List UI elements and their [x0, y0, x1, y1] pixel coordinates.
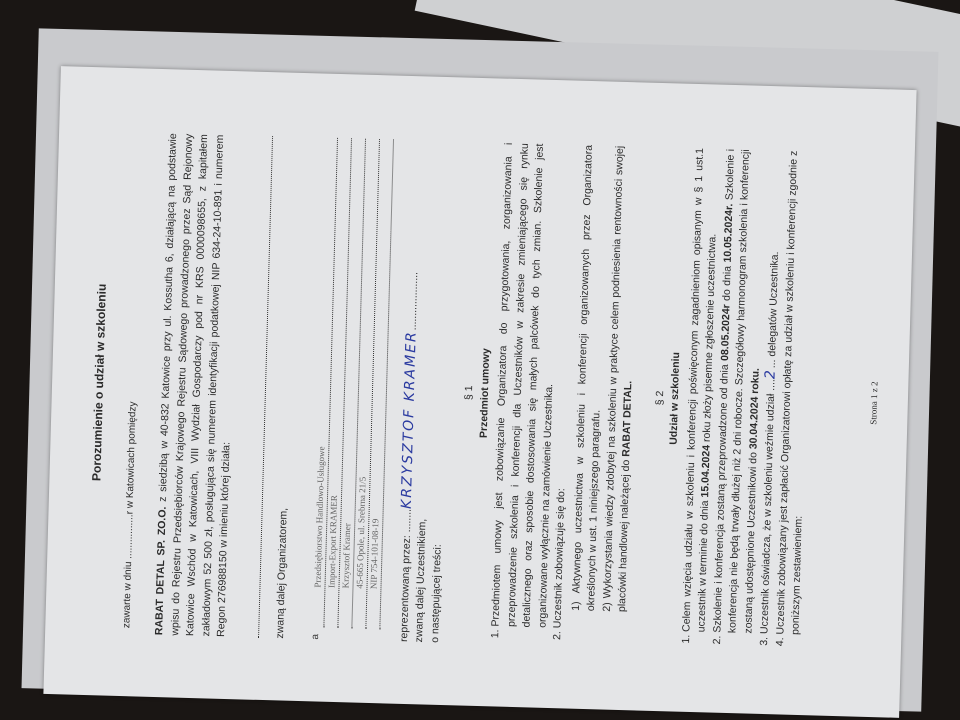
organizer-name: RABAT DETAL SP. ZO.O. [153, 506, 169, 635]
section-1-list: Przedmiotem umowy jest zobowiązanie Orga… [488, 143, 643, 649]
participant-prefix: a [308, 627, 324, 639]
organizer-details: z siedzibą w 40-832 Katowice przy ul. Ko… [157, 133, 233, 637]
signatory-line [246, 136, 273, 638]
list-item: Uczestnik zobowiązuje się do: 1) Aktywne… [550, 144, 643, 630]
page-footer: Strona 1 z 2 [858, 89, 891, 717]
handwritten-count: 2 [762, 368, 778, 379]
represented-label: reprezentowaną przez: [397, 535, 412, 642]
document-title: Porozumienie o udział w szkoleniu [85, 131, 115, 633]
organizer-called: zwaną dalej Organizatorem, [273, 136, 303, 638]
sub-item-bold: RABAT DETAL. [620, 381, 634, 457]
organizer-paragraph: RABAT DETAL SP. ZO.O. z siedzibą w 40-83… [152, 133, 243, 637]
intro-line: zawarte w dniu ................r w Katow… [119, 132, 148, 628]
section-2-list: Celem wzięcia udziału w szkoleniu i konf… [678, 148, 817, 653]
handwritten-name: KRZYSZTOF KRAMER [398, 330, 419, 509]
participant-stamp: aPrzedsiębiorstwo Handlowo-Usługowe Impo… [308, 137, 393, 641]
document-body: Porozumienie o udział w szkoleniu zawart… [43, 66, 916, 718]
document-page: Porozumienie o udział w szkoleniu zawart… [43, 66, 916, 718]
list-item-text: Uczestnik zobowiązuje się do: [551, 488, 567, 628]
